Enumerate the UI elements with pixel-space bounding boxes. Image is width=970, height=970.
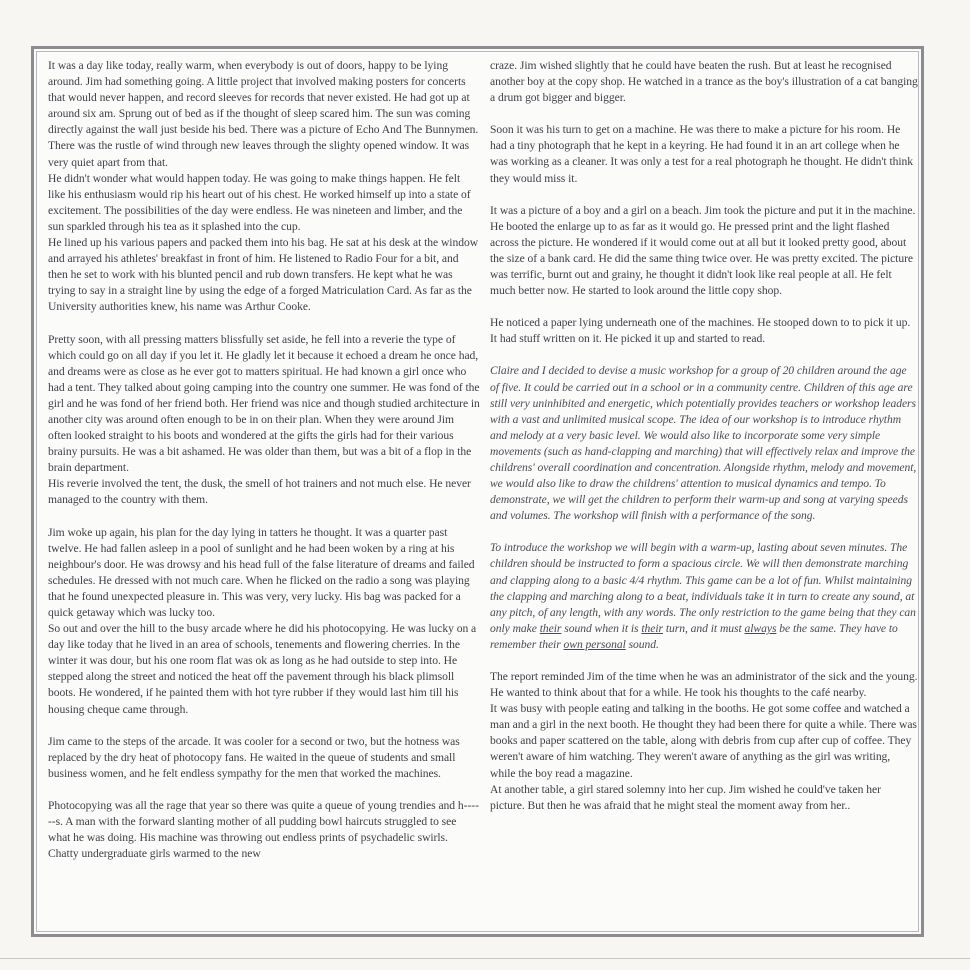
paragraph: Pretty soon, with all pressing matters b…: [48, 332, 480, 477]
paragraph: At another table, a girl stared solemny …: [490, 782, 918, 814]
underlined-text: own personal: [564, 638, 626, 651]
paragraph: He lined up his various papers and packe…: [48, 235, 480, 315]
underlined-text: their: [641, 622, 663, 635]
paragraph: His reverie involved the tent, the dusk,…: [48, 476, 480, 508]
text-run: turn, and it must: [663, 622, 745, 635]
paragraph: Soon it was his turn to get on a machine…: [490, 122, 918, 186]
paragraph: He didn't wonder what would happen today…: [48, 171, 480, 235]
paragraph: craze. Jim wished slightly that he could…: [490, 58, 918, 106]
paragraph: It was busy with people eating and talki…: [490, 701, 918, 781]
right-column: craze. Jim wished slightly that he could…: [490, 58, 918, 814]
paragraph: Jim came to the steps of the arcade. It …: [48, 734, 480, 782]
workshop-report-paragraph: Claire and I decided to devise a music w…: [490, 363, 918, 524]
text-run: sound when it is: [561, 622, 641, 635]
scanned-page: It was a day like today, really warm, wh…: [0, 0, 970, 970]
underlined-text: their: [540, 622, 562, 635]
text-run: sound.: [626, 638, 659, 651]
paragraph: So out and over the hill to the busy arc…: [48, 621, 480, 718]
page-edge-divider: [0, 958, 970, 959]
text-frame: It was a day like today, really warm, wh…: [31, 46, 924, 937]
paragraph: It was a picture of a boy and a girl on …: [490, 203, 918, 300]
paragraph: The report reminded Jim of the time when…: [490, 669, 918, 701]
text-run: To introduce the workshop we will begin …: [490, 541, 916, 634]
workshop-report-paragraph: To introduce the workshop we will begin …: [490, 540, 918, 653]
paragraph: He noticed a paper lying underneath one …: [490, 315, 918, 347]
paragraph: It was a day like today, really warm, wh…: [48, 58, 480, 171]
underlined-text: always: [745, 622, 777, 635]
paragraph: Photocopying was all the rage that year …: [48, 798, 480, 862]
paragraph: Jim woke up again, his plan for the day …: [48, 525, 480, 622]
left-column: It was a day like today, really warm, wh…: [48, 58, 480, 862]
